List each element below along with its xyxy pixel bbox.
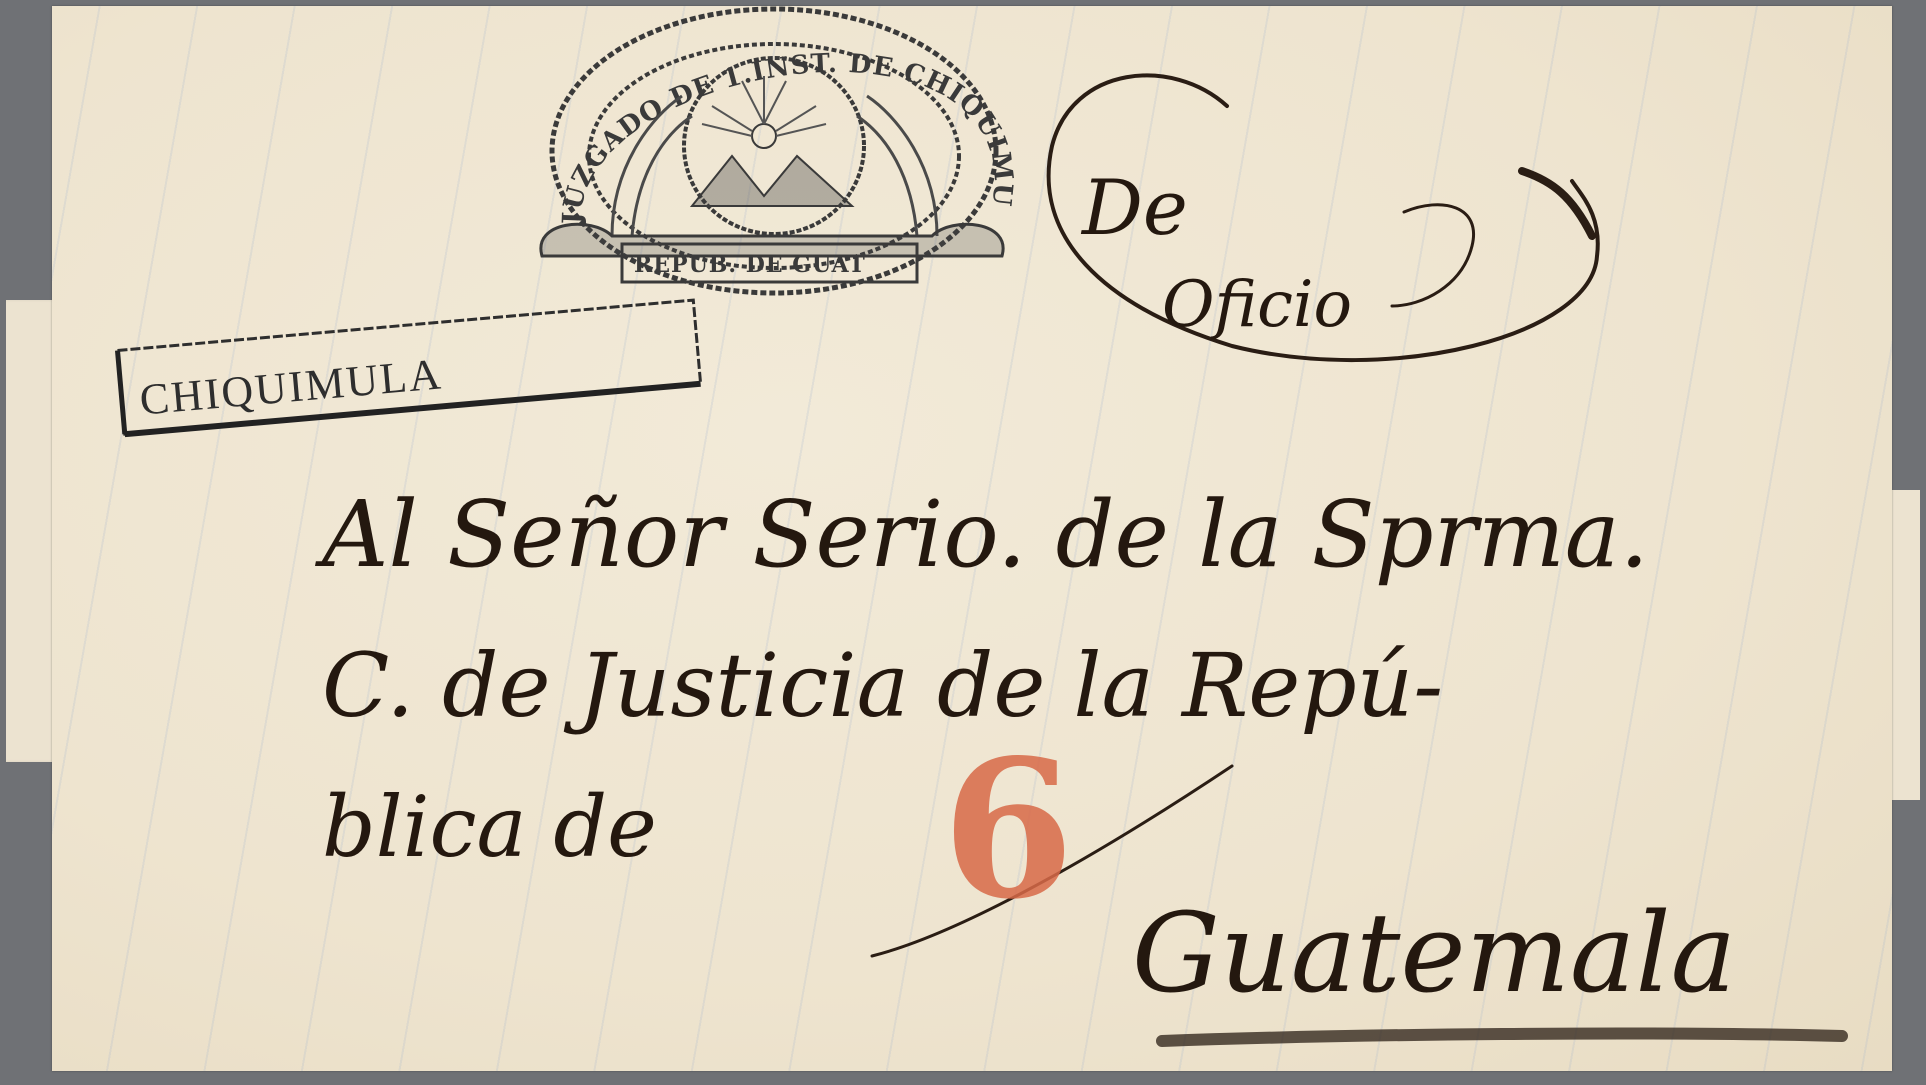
official-marking-line1: De xyxy=(1080,163,1188,252)
seal-ribbon-text: REPUB. DE GUAT xyxy=(634,252,866,278)
official-marking-line2: Oficio xyxy=(1162,268,1352,342)
letter-sheet: JUZGADO DE 1.INST. DE CHIQUIMULA xyxy=(52,6,1892,1071)
seal-arc-text: JUZGADO DE 1.INST. DE CHIQUIMULA xyxy=(52,6,1018,227)
address-block: Al Señor Serio. de la Sprma. C. de Justi… xyxy=(314,481,1842,1041)
address-line-1: Al Señor Serio. de la Sprma. xyxy=(314,481,1649,588)
address-line-4: Guatemala xyxy=(1132,889,1736,1017)
town-postmark-text: CHIQUIMULA xyxy=(138,349,445,424)
town-postmark: CHIQUIMULA xyxy=(117,300,700,434)
address-line-2: C. de Justicia de la Repú- xyxy=(322,634,1443,737)
rate-mark: 6 xyxy=(942,718,1074,941)
official-marking: De Oficio xyxy=(1049,75,1598,360)
seal-handstamp: JUZGADO DE 1.INST. DE CHIQUIMULA xyxy=(52,6,1018,293)
address-line-3: blica de xyxy=(322,778,657,876)
